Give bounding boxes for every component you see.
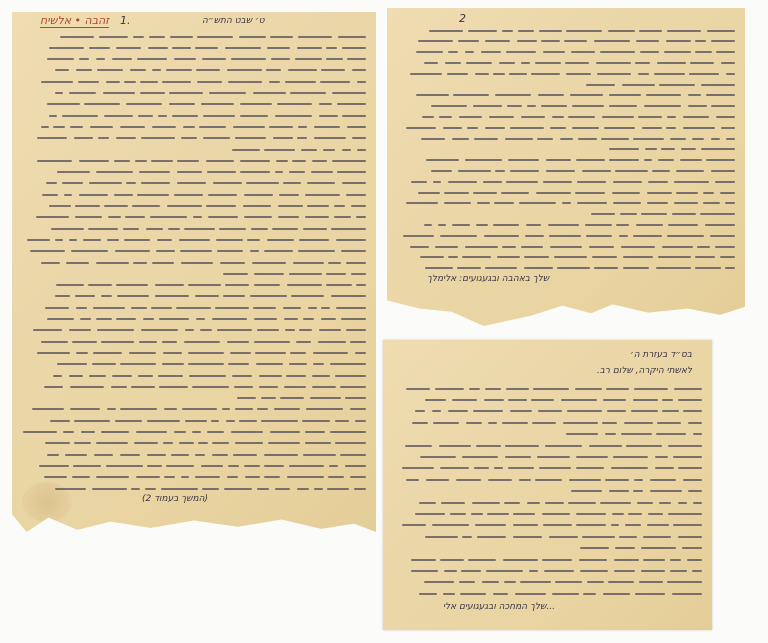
ink-stroke — [469, 388, 480, 390]
ink-stroke — [572, 105, 604, 107]
ink-stroke — [602, 422, 617, 424]
ink-stroke — [257, 408, 268, 410]
ink-stroke — [513, 524, 538, 526]
ink-stroke — [280, 397, 304, 399]
ink-stroke — [47, 454, 59, 456]
ink-stroke — [703, 202, 720, 204]
handwritten-line — [22, 315, 366, 326]
ink-stroke — [74, 442, 91, 444]
ink-stroke — [521, 116, 545, 118]
page-number: 1. — [120, 14, 131, 27]
ink-stroke — [155, 295, 189, 297]
ink-stroke — [313, 363, 324, 365]
handwritten-line — [397, 26, 735, 37]
ink-stroke — [507, 105, 522, 107]
ink-stroke — [695, 256, 715, 258]
ink-stroke — [448, 410, 468, 412]
ink-stroke — [602, 116, 634, 118]
ink-stroke — [529, 570, 538, 572]
ink-stroke — [327, 488, 349, 490]
ink-stroke — [468, 559, 496, 561]
ink-stroke — [350, 476, 366, 478]
ink-stroke — [55, 69, 69, 71]
ink-stroke — [290, 352, 306, 354]
ink-stroke — [134, 442, 158, 444]
ink-stroke — [452, 224, 470, 226]
handwritten-line — [397, 58, 735, 69]
ink-stroke — [164, 408, 177, 410]
ink-stroke — [114, 194, 133, 196]
ink-stroke — [603, 399, 626, 401]
ink-stroke — [314, 126, 340, 128]
ink-stroke — [620, 213, 637, 215]
ink-stroke — [252, 262, 286, 264]
ink-stroke — [639, 30, 662, 32]
ink-stroke — [600, 51, 635, 53]
handwritten-line — [22, 405, 366, 416]
ink-stroke — [475, 73, 489, 75]
ink-stroke — [662, 246, 693, 248]
ink-stroke — [683, 116, 709, 118]
ink-stroke — [174, 58, 196, 60]
ink-stroke — [466, 422, 482, 424]
handwritten-line — [22, 337, 366, 348]
ink-stroke — [44, 476, 67, 478]
ink-stroke — [337, 171, 366, 173]
ink-stroke — [538, 410, 562, 412]
ink-stroke — [291, 295, 324, 297]
ink-stroke — [307, 182, 335, 184]
ink-stroke — [120, 126, 145, 128]
ink-stroke — [192, 431, 201, 433]
ink-stroke — [247, 239, 260, 241]
ink-stroke — [150, 216, 187, 218]
ink-stroke — [158, 115, 167, 117]
ink-stroke — [228, 81, 262, 83]
ink-stroke — [614, 570, 635, 572]
ink-stroke — [269, 81, 280, 83]
ink-stroke — [501, 192, 529, 194]
ink-stroke — [351, 205, 366, 207]
ink-stroke — [207, 171, 236, 173]
ink-stroke — [465, 159, 502, 161]
ink-stroke — [346, 262, 366, 264]
ink-stroke — [549, 235, 581, 237]
ink-stroke — [227, 476, 238, 478]
ink-stroke — [75, 295, 95, 297]
ink-stroke — [329, 465, 338, 467]
ink-stroke — [172, 47, 191, 49]
ink-stroke — [410, 73, 442, 75]
ink-stroke — [356, 216, 366, 218]
ink-stroke — [217, 329, 252, 331]
ink-stroke — [614, 559, 639, 561]
ink-stroke — [431, 105, 467, 107]
ink-stroke — [411, 181, 427, 183]
ink-stroke — [347, 126, 366, 128]
handwritten-line — [397, 112, 735, 123]
ink-stroke — [326, 284, 352, 286]
ink-stroke — [621, 433, 652, 435]
ink-stroke — [310, 397, 341, 399]
ink-stroke — [636, 224, 663, 226]
ink-stroke — [90, 126, 113, 128]
ink-stroke — [177, 182, 206, 184]
handwritten-line — [393, 384, 702, 395]
ink-stroke — [49, 115, 57, 117]
ink-stroke — [345, 465, 366, 467]
ink-stroke — [433, 181, 441, 183]
ink-stroke — [672, 593, 702, 595]
ink-stroke — [571, 51, 595, 53]
ink-stroke — [508, 159, 539, 161]
ink-stroke — [312, 386, 336, 388]
ink-stroke — [562, 202, 571, 204]
handwritten-line — [397, 253, 735, 264]
ink-stroke — [97, 69, 123, 71]
ink-stroke — [715, 181, 735, 183]
ink-stroke — [495, 170, 505, 172]
ink-stroke — [521, 62, 530, 64]
handwritten-line — [393, 418, 702, 429]
ink-stroke — [456, 479, 481, 481]
ink-stroke — [254, 341, 290, 343]
ink-stroke — [79, 160, 109, 162]
ink-stroke — [647, 524, 669, 526]
ink-stroke — [319, 329, 341, 331]
ink-stroke — [195, 47, 218, 49]
ink-stroke — [680, 159, 702, 161]
ink-stroke — [589, 445, 622, 447]
ink-stroke — [513, 536, 542, 538]
ink-stroke — [429, 30, 463, 32]
ink-stroke — [244, 465, 260, 467]
ink-stroke — [650, 479, 676, 481]
ink-stroke — [444, 192, 469, 194]
ink-stroke — [296, 341, 311, 343]
ink-stroke — [541, 105, 567, 107]
ink-stroke — [55, 295, 70, 297]
ink-stroke — [458, 40, 479, 42]
ink-stroke — [149, 36, 165, 38]
ink-stroke — [162, 341, 177, 343]
ink-stroke — [163, 442, 173, 444]
ink-stroke — [234, 386, 253, 388]
ink-stroke — [314, 488, 323, 490]
ink-stroke — [259, 375, 282, 377]
ink-stroke — [290, 92, 326, 94]
ink-stroke — [424, 581, 454, 583]
ink-stroke — [644, 159, 652, 161]
ink-stroke — [288, 69, 317, 71]
ink-stroke — [674, 202, 698, 204]
ink-stroke — [622, 84, 655, 86]
ink-stroke — [335, 442, 366, 444]
ink-stroke — [307, 205, 329, 207]
ink-stroke — [466, 62, 492, 64]
ink-stroke — [633, 490, 643, 492]
ink-stroke — [159, 318, 189, 320]
ink-stroke — [508, 399, 527, 401]
ink-stroke — [36, 216, 69, 218]
ink-stroke — [337, 103, 366, 105]
ink-stroke — [136, 476, 160, 478]
handwritten-line — [397, 242, 735, 253]
ink-stroke — [354, 488, 366, 490]
ink-stroke — [89, 182, 122, 184]
ink-stroke — [613, 202, 641, 204]
ink-stroke — [335, 375, 366, 377]
ink-stroke — [55, 92, 63, 94]
ink-stroke — [261, 397, 276, 399]
ink-stroke — [645, 148, 657, 150]
ink-stroke — [707, 30, 735, 32]
ink-stroke — [505, 138, 533, 140]
ink-stroke — [47, 58, 74, 60]
ink-stroke — [535, 479, 562, 481]
ink-stroke — [695, 40, 706, 42]
ink-stroke — [202, 58, 226, 60]
ink-stroke — [313, 352, 348, 354]
ink-stroke — [320, 81, 350, 83]
ink-stroke — [609, 490, 629, 492]
ink-stroke — [65, 454, 87, 456]
ink-stroke — [566, 433, 598, 435]
ink-stroke — [49, 47, 84, 49]
ink-stroke — [670, 570, 687, 572]
ink-stroke — [695, 51, 712, 53]
ink-stroke — [577, 202, 607, 204]
ink-stroke — [264, 250, 293, 252]
ink-stroke — [616, 224, 629, 226]
ink-stroke — [506, 181, 538, 183]
ink-stroke — [270, 431, 300, 433]
ink-stroke — [37, 137, 67, 139]
ink-stroke — [328, 262, 341, 264]
ink-stroke — [594, 267, 618, 269]
ink-stroke — [542, 513, 570, 515]
ink-stroke — [720, 192, 735, 194]
ink-stroke — [328, 476, 344, 478]
ink-stroke — [435, 246, 458, 248]
ink-stroke — [494, 467, 503, 469]
ink-stroke — [667, 235, 704, 237]
ink-stroke — [532, 422, 556, 424]
ink-stroke — [676, 192, 698, 194]
ink-stroke — [518, 30, 534, 32]
ink-stroke — [181, 262, 213, 264]
ink-stroke — [667, 116, 676, 118]
handwritten-line — [397, 177, 735, 188]
ink-stroke — [152, 69, 161, 71]
handwritten-line — [397, 145, 735, 156]
ink-stroke — [406, 202, 438, 204]
ink-stroke — [188, 363, 224, 365]
ink-stroke — [78, 81, 99, 83]
ink-stroke — [578, 138, 597, 140]
ink-stroke — [506, 388, 529, 390]
page-number: 2 — [459, 12, 466, 25]
handwritten-line — [22, 122, 366, 133]
ink-stroke — [311, 171, 333, 173]
ink-stroke — [637, 502, 653, 504]
ink-stroke — [312, 160, 327, 162]
handwritten-line — [393, 566, 702, 577]
ink-stroke — [197, 36, 233, 38]
ink-stroke — [633, 399, 658, 401]
ink-stroke — [326, 47, 337, 49]
ink-stroke — [318, 341, 346, 343]
ink-stroke — [585, 224, 612, 226]
ink-stroke — [473, 192, 497, 194]
ink-stroke — [37, 160, 72, 162]
ink-stroke — [509, 73, 527, 75]
ink-stroke — [83, 239, 101, 241]
ink-stroke — [583, 593, 596, 595]
ink-stroke — [425, 267, 453, 269]
ink-stroke — [123, 228, 139, 230]
letter-page-1: זהבה • אלשיח 1. ט׳ שבט התש״ה (המשך בעמוד… — [12, 12, 376, 532]
ink-stroke — [503, 559, 538, 561]
ink-stroke — [703, 192, 714, 194]
ink-stroke — [140, 92, 165, 94]
ink-stroke — [426, 479, 449, 481]
ink-stroke — [638, 73, 649, 75]
ink-stroke — [603, 593, 630, 595]
ink-stroke — [112, 375, 132, 377]
ink-stroke — [81, 431, 95, 433]
ink-stroke — [176, 307, 211, 309]
handwritten-line — [22, 303, 366, 314]
ink-stroke — [231, 431, 263, 433]
ink-stroke — [710, 235, 735, 237]
ink-stroke — [647, 192, 672, 194]
ink-stroke — [609, 105, 637, 107]
ink-stroke — [162, 81, 191, 83]
ink-stroke — [183, 126, 195, 128]
ink-stroke — [256, 363, 283, 365]
ink-stroke — [611, 467, 648, 469]
ink-stroke — [74, 137, 93, 139]
letter-opening: בס״ד בעזרת ה׳ — [630, 350, 692, 360]
ink-stroke — [172, 115, 198, 117]
ink-stroke — [477, 536, 506, 538]
ink-stroke — [174, 431, 186, 433]
ink-stroke — [541, 40, 560, 42]
ink-stroke — [60, 36, 94, 38]
ink-stroke — [196, 69, 220, 71]
ink-stroke — [505, 445, 539, 447]
ink-stroke — [246, 182, 279, 184]
handwritten-line — [393, 487, 702, 498]
ink-stroke — [299, 329, 312, 331]
ink-stroke — [615, 547, 635, 549]
ink-stroke — [275, 115, 312, 117]
ink-stroke — [520, 581, 551, 583]
ink-stroke — [196, 318, 205, 320]
ink-stroke — [452, 138, 469, 140]
ink-stroke — [106, 465, 143, 467]
ink-stroke — [433, 422, 459, 424]
ink-stroke — [681, 148, 696, 150]
ink-stroke — [225, 47, 261, 49]
ink-stroke — [420, 256, 444, 258]
ink-stroke — [659, 84, 695, 86]
ink-stroke — [612, 513, 624, 515]
ink-stroke — [489, 116, 514, 118]
ink-stroke — [531, 73, 560, 75]
ink-stroke — [70, 408, 100, 410]
ink-stroke — [88, 284, 112, 286]
ink-stroke — [104, 115, 133, 117]
ink-stroke — [96, 318, 112, 320]
handwritten-line — [22, 382, 366, 393]
ink-stroke — [202, 488, 219, 490]
ink-stroke — [639, 581, 663, 583]
ink-stroke — [305, 216, 329, 218]
ink-stroke — [75, 205, 100, 207]
ink-stroke — [587, 581, 604, 583]
handwritten-line — [22, 43, 366, 54]
ink-stroke — [678, 502, 687, 504]
ink-stroke — [418, 192, 440, 194]
ink-stroke — [235, 137, 266, 139]
ink-stroke — [658, 159, 674, 161]
ink-stroke — [130, 69, 146, 71]
ink-stroke — [419, 593, 437, 595]
ink-stroke — [148, 47, 168, 49]
ink-stroke — [342, 182, 366, 184]
ink-stroke — [550, 246, 582, 248]
ink-stroke — [546, 159, 571, 161]
ink-stroke — [693, 433, 702, 435]
ink-stroke — [695, 267, 721, 269]
ink-stroke — [341, 318, 366, 320]
ink-stroke — [582, 170, 611, 172]
ink-stroke — [126, 182, 136, 184]
handwritten-line — [397, 199, 735, 210]
ink-stroke — [137, 58, 167, 60]
ink-stroke — [481, 51, 501, 53]
ink-stroke — [471, 513, 483, 515]
ink-stroke — [211, 420, 219, 422]
ink-stroke — [458, 170, 491, 172]
ink-stroke — [287, 476, 324, 478]
ink-stroke — [278, 216, 299, 218]
ink-stroke — [482, 581, 499, 583]
ink-stroke — [402, 524, 426, 526]
ink-stroke — [330, 431, 366, 433]
ink-stroke — [212, 442, 229, 444]
ink-stroke — [612, 192, 640, 194]
ink-stroke — [254, 318, 277, 320]
ink-stroke — [107, 408, 116, 410]
ink-stroke — [448, 51, 458, 53]
ink-stroke — [240, 171, 270, 173]
ink-stroke — [56, 284, 84, 286]
ink-stroke — [711, 138, 720, 140]
ink-stroke — [604, 127, 635, 129]
ink-stroke — [116, 318, 136, 320]
ink-stroke — [346, 329, 366, 331]
ink-stroke — [147, 465, 162, 467]
ink-stroke — [539, 467, 571, 469]
ink-stroke — [342, 47, 366, 49]
ink-stroke — [143, 318, 154, 320]
ink-stroke — [257, 488, 269, 490]
ink-stroke — [93, 307, 125, 309]
ink-stroke — [351, 273, 366, 275]
